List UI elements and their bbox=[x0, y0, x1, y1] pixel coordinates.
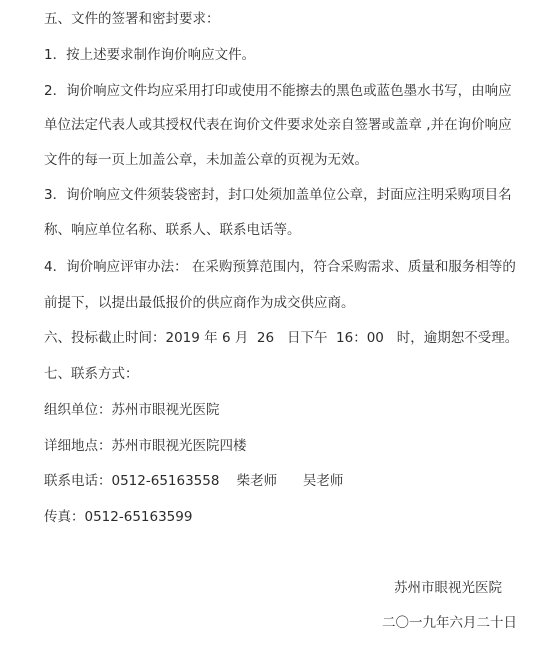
section7-heading: 七、联系方式： bbox=[44, 364, 139, 384]
section5-item2-line2: 单位法定代表人或其授权代表在询价文件要求处亲自签署或盖章 ,并在询价响应 bbox=[44, 115, 512, 135]
signature-organization: 苏州市眼视光医院 bbox=[394, 578, 502, 598]
contact-phone: 联系电话：0512-65163558 柴老师 吴老师 bbox=[44, 471, 343, 491]
section5-item1: 1．按上述要求制作询价响应文件。 bbox=[44, 45, 255, 65]
signature-date: 二〇一九年六月二十日 bbox=[382, 613, 517, 633]
section5-item3-line2: 称、响应单位名称、联系人、联系电话等。 bbox=[44, 220, 301, 240]
section5-item2-line1: 2．询价响应文件均应采用打印或使用不能擦去的黑色或蓝色墨水书写，由响应 bbox=[44, 81, 512, 101]
section5-item2-line3: 文件的每一页上加盖公章，未加盖公章的页视为无效。 bbox=[44, 150, 368, 170]
section5-item3-line1: 3．询价响应文件须装袋密封，封口处须加盖单位公章，封面应注明采购项目名 bbox=[44, 185, 512, 205]
section5-item4-line1: 4．询价响应评审办法： 在采购预算范围内，符合采购需求、质量和服务相等的 bbox=[44, 257, 516, 277]
section5-heading: 五、文件的签署和密封要求： bbox=[44, 9, 220, 29]
section6-deadline: 六、投标截止时间：2019 年 6 月 26 日下午 16：00 时，逾期恕不受… bbox=[44, 328, 518, 348]
section5-item4-line2: 前提下，以提出最低报价的供应商作为成交供应商。 bbox=[44, 293, 355, 313]
contact-organizer: 组织单位：苏州市眼视光医院 bbox=[44, 400, 220, 420]
contact-address: 详细地点：苏州市眼视光医院四楼 bbox=[44, 436, 247, 456]
contact-fax: 传真：0512-65163599 bbox=[44, 507, 192, 527]
